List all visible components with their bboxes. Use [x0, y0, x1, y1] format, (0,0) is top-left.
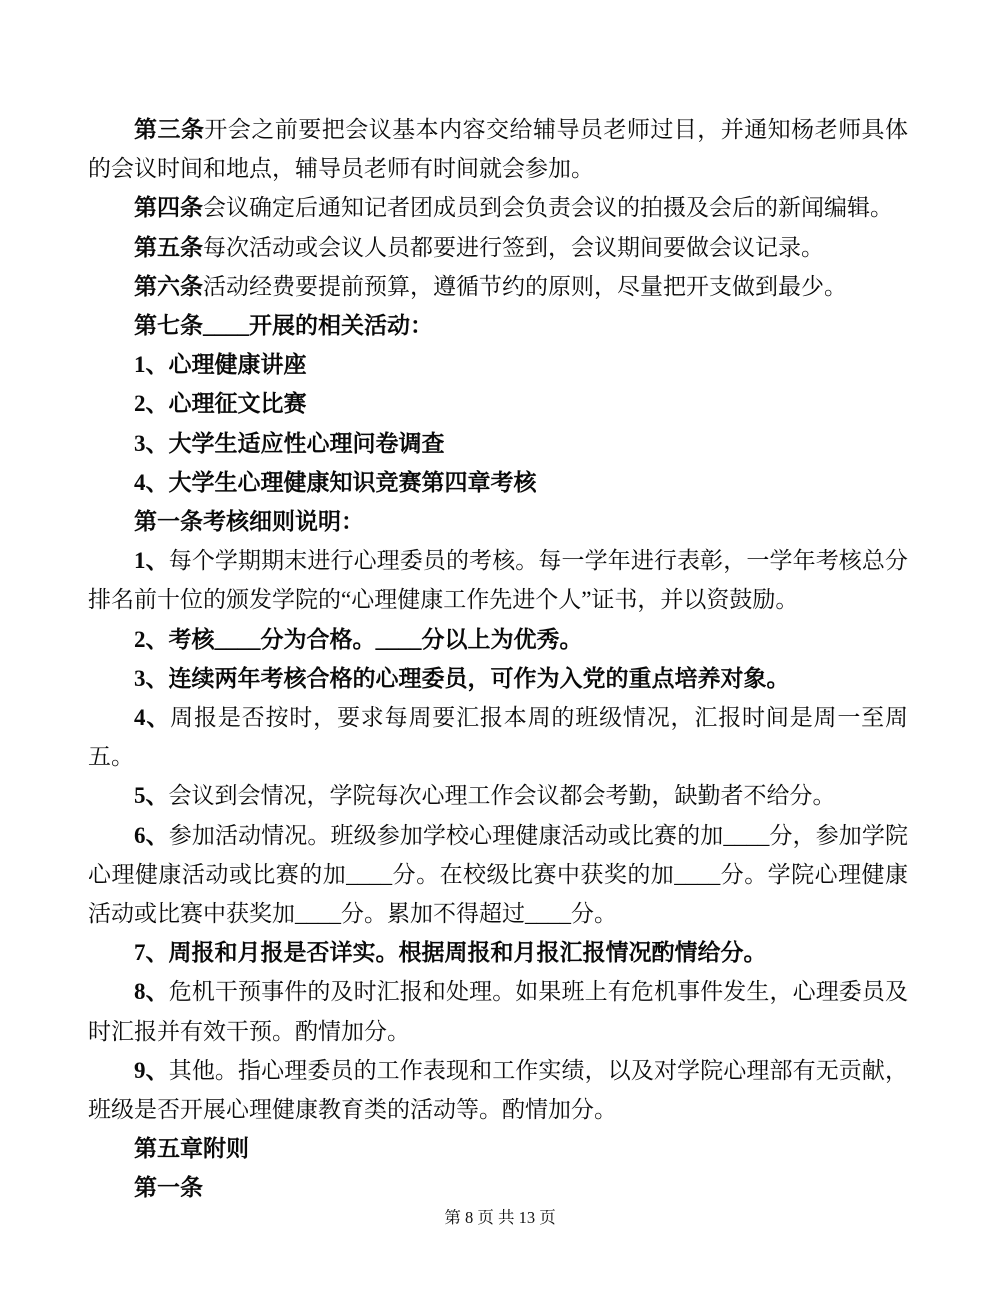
rule-item-6: 6、参加活动情况。班级参加学校心理健康活动或比赛的加____分，参加学院心理健康…	[88, 816, 908, 934]
activity-item-4: 4、大学生心理健康知识竞赛第四章考核	[88, 463, 908, 502]
body-text-segment: 参加活动情况。班级参加学校心理健康活动或比赛的加____分，参加学院心理健康活动…	[88, 823, 908, 926]
activity-item-2: 2、心理征文比赛	[88, 384, 908, 423]
bold-text-segment: 9、	[134, 1058, 169, 1083]
bold-text-segment: 7、周报和月报是否详实。根据周报和月报汇报情况酌情给分。	[134, 940, 767, 965]
body-text-segment: 活动经费要提前预算，遵循节约的原则，尽量把开支做到最少。	[203, 274, 847, 299]
bold-text-segment: 1、心理健康讲座	[134, 352, 307, 377]
bold-text-segment: 第三条	[134, 117, 204, 142]
bold-text-segment: 2、考核____分为合格。____分以上为优秀。	[134, 627, 583, 652]
article-5: 第五条每次活动或会议人员都要进行签到，会议期间要做会议记录。	[88, 228, 908, 267]
bold-text-segment: 3、大学生适应性心理问卷调查	[134, 431, 445, 456]
bold-text-segment: 第五章附则	[134, 1136, 249, 1161]
activity-item-3: 3、大学生适应性心理问卷调查	[88, 424, 908, 463]
chapter-5-heading: 第五章附则	[88, 1129, 908, 1168]
bold-text-segment: 4、	[134, 705, 170, 730]
article-4: 第四条会议确定后通知记者团成员到会负责会议的拍摄及会后的新闻编辑。	[88, 188, 908, 227]
rule-item-2: 2、考核____分为合格。____分以上为优秀。	[88, 620, 908, 659]
body-text-segment: 每个学期期末进行心理委员的考核。每一学年进行表彰，一学年考核总分排名前十位的颁发…	[88, 548, 908, 612]
bold-text-segment: 4、大学生心理健康知识竞赛第四章考核	[134, 470, 537, 495]
bold-text-segment: 1、	[134, 548, 169, 573]
bold-text-segment: 2、心理征文比赛	[134, 391, 307, 416]
rule-item-1: 1、每个学期期末进行心理委员的考核。每一学年进行表彰，一学年考核总分排名前十位的…	[88, 541, 908, 619]
rule-item-5: 5、会议到会情况，学院每次心理工作会议都会考勤，缺勤者不给分。	[88, 776, 908, 815]
bold-text-segment: 第四条	[134, 195, 203, 220]
rule-item-3: 3、连续两年考核合格的心理委员，可作为入党的重点培养对象。	[88, 659, 908, 698]
assessment-article-1: 第一条考核细则说明：	[88, 502, 908, 541]
bold-text-segment: 3、连续两年考核合格的心理委员，可作为入党的重点培养对象。	[134, 666, 790, 691]
bold-text-segment: 5、	[134, 783, 169, 808]
activity-item-1: 1、心理健康讲座	[88, 345, 908, 384]
body-text-segment: 其他。指心理委员的工作表现和工作实绩，以及对学院心理部有无贡献，班级是否开展心理…	[88, 1058, 908, 1122]
document-page: 第三条开会之前要把会议基本内容交给辅导员老师过目，并通知杨老师具体的会议时间和地…	[0, 0, 1000, 1294]
bold-text-segment: 第五条	[134, 235, 203, 260]
page-number-indicator: 第 8 页 共 13 页	[0, 1206, 1000, 1230]
bold-text-segment: 6、	[134, 823, 169, 848]
body-text-segment: 开会之前要把会议基本内容交给辅导员老师过目，并通知杨老师具体的会议时间和地点，辅…	[88, 117, 908, 181]
body-text-segment: 危机干预事件的及时汇报和处理。如果班上有危机事件发生，心理委员及时汇报并有效干预…	[88, 979, 908, 1043]
bold-text-segment: 第一条考核细则说明：	[134, 509, 364, 534]
bold-text-segment: 第一条	[134, 1175, 203, 1200]
article-6: 第六条活动经费要提前预算，遵循节约的原则，尽量把开支做到最少。	[88, 267, 908, 306]
article-7: 第七条____开展的相关活动：	[88, 306, 908, 345]
rule-item-4: 4、周报是否按时，要求每周要汇报本周的班级情况，汇报时间是周一至周五。	[88, 698, 908, 776]
bold-text-segment: 第六条	[134, 274, 203, 299]
body-text-segment: 周报是否按时，要求每周要汇报本周的班级情况，汇报时间是周一至周五。	[88, 705, 908, 769]
appendix-article-1: 第一条	[88, 1168, 908, 1207]
rule-item-9: 9、其他。指心理委员的工作表现和工作实绩，以及对学院心理部有无贡献，班级是否开展…	[88, 1051, 908, 1129]
bold-text-segment: 8、	[134, 979, 169, 1004]
bold-text-segment: 第七条____开展的相关活动：	[134, 313, 433, 338]
article-3: 第三条开会之前要把会议基本内容交给辅导员老师过目，并通知杨老师具体的会议时间和地…	[88, 110, 908, 188]
body-text-segment: 会议到会情况，学院每次心理工作会议都会考勤，缺勤者不给分。	[169, 783, 836, 808]
body-text-segment: 会议确定后通知记者团成员到会负责会议的拍摄及会后的新闻编辑。	[203, 195, 893, 220]
document-body: 第三条开会之前要把会议基本内容交给辅导员老师过目，并通知杨老师具体的会议时间和地…	[88, 110, 908, 1208]
rule-item-8: 8、危机干预事件的及时汇报和处理。如果班上有危机事件发生，心理委员及时汇报并有效…	[88, 972, 908, 1050]
body-text-segment: 每次活动或会议人员都要进行签到，会议期间要做会议记录。	[203, 235, 824, 260]
rule-item-7: 7、周报和月报是否详实。根据周报和月报汇报情况酌情给分。	[88, 933, 908, 972]
